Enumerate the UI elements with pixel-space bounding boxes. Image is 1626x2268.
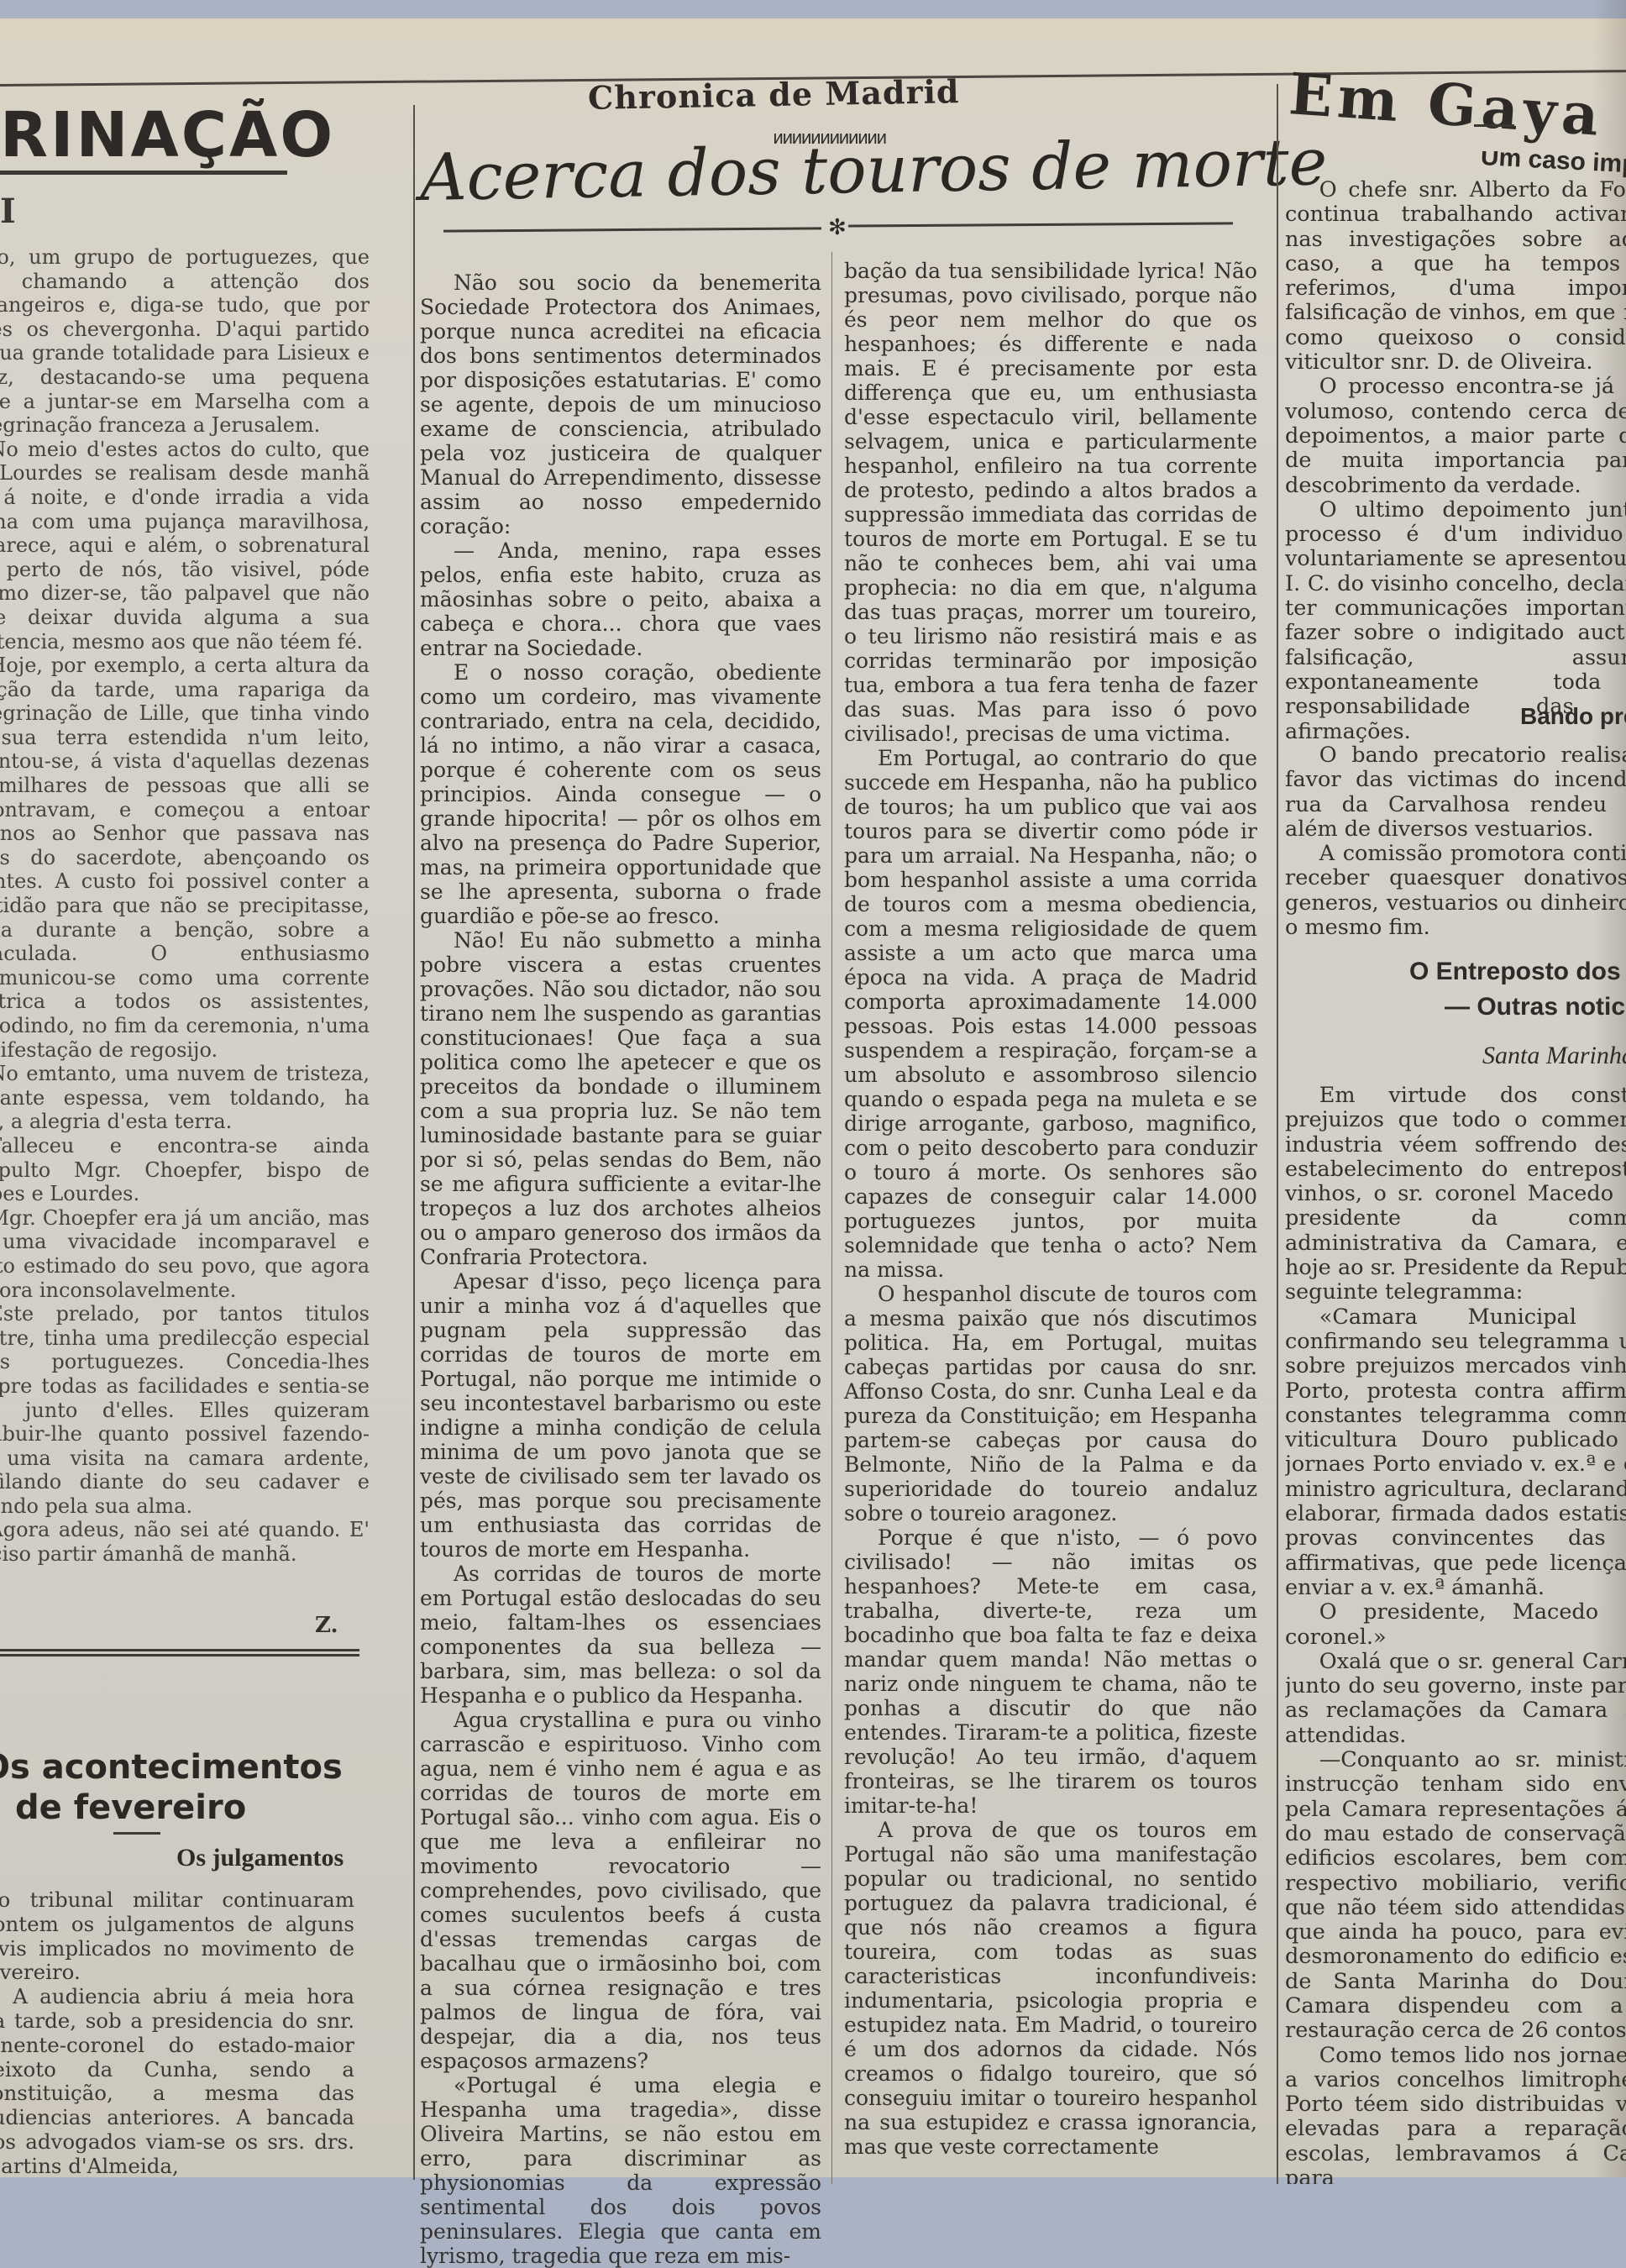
headline-line: Os acontecimentos [0, 1747, 343, 1788]
paragraph: mero, um grupo de portuguezes, que vai c… [0, 245, 370, 438]
right-section-3: Em virtude dos constantes prejuizos que … [1285, 1084, 1626, 2177]
bottom-left-headline: Os acontecimentos de fevereiro [15, 1747, 343, 1828]
paragraph: Falleceu e encontra-se ainda insepulto M… [0, 1134, 370, 1206]
bottom-left-subhead: Os julgamentos [176, 1844, 344, 1872]
paragraph: Não! Eu não submetto a minha pobre visce… [420, 928, 821, 1269]
paragraph: As corridas de touros de morte em Portug… [420, 1562, 821, 1708]
paragraph: Em virtude dos constantes prejuizos que … [1285, 1084, 1626, 1305]
paragraph: O processo encontra-se já muito volumoso… [1285, 375, 1626, 497]
paragraph: Não sou socio da benemerita Sociedade Pr… [420, 270, 821, 538]
section-numeral: I [0, 192, 16, 231]
paragraph: Agora adeus, não sei até quando. E' prec… [0, 1518, 370, 1566]
page-curl-shadow [1592, 0, 1626, 2177]
paragraph: — Anda, menino, rapa esses pelos, enfia … [420, 538, 821, 660]
center-column-b: bação da tua sensibilidade lyrica! Não p… [844, 259, 1257, 2159]
paragraph: No emtanto, uma nuvem de tristeza, basta… [0, 1062, 370, 1134]
paragraph: «Camara Municipal Gaya, confirmando seu … [1285, 1305, 1626, 1601]
paragraph: Este prelado, por tantos titulos illustr… [0, 1302, 370, 1518]
headline-line: de fevereiro [15, 1788, 343, 1828]
paragraph: O hespanhol discute de touros com a mesm… [844, 1282, 1257, 1525]
paragraph: Oxalá que o sr. general Carmona, junto d… [1285, 1650, 1626, 1748]
column-rule [413, 105, 415, 2177]
paragraph: Apesar d'isso, peço licença para unir a … [420, 1269, 821, 1562]
paragraph: A audiencia abriu á meia hora da tarde, … [0, 1985, 354, 2177]
article-title: Acerca dos touros de morte [419, 125, 1328, 216]
paragraph: Em Portugal, ao contrario do que succede… [844, 746, 1257, 1282]
paragraph: Agua crystallina e pura ou vinho carrasc… [420, 1708, 821, 2073]
paragraph: Hoje, por exemplo, a certa altura da Ben… [0, 654, 370, 1062]
left-headline: RINAÇÃO [0, 99, 335, 171]
paragraph: No tribunal militar continuaram hontem o… [0, 1888, 354, 1985]
paragraph: Mgr. Choepfer era já um ancião, mas de u… [0, 1206, 370, 1302]
bottom-left-body: No tribunal militar continuaram hontem o… [0, 1888, 354, 2177]
paragraph: No meio d'estes actos do culto, que em L… [0, 438, 370, 654]
asterisk-ornament-icon: ✻ [828, 215, 847, 240]
right-section-1: O chefe snr. Alberto da Fonseca continua… [1285, 178, 1626, 744]
paragraph: E o nosso coração, obediente como um cor… [420, 660, 821, 928]
paragraph: bação da tua sensibilidade lyrica! Não p… [844, 259, 1257, 746]
headline-underline [0, 171, 287, 175]
paragraph: O presidente, Macedo Pinto, coronel.» [1285, 1600, 1626, 1650]
section-rule [0, 1654, 359, 1656]
paragraph: Como temos lido nos jornaes que a varios… [1285, 2044, 1626, 2177]
article-signature: Z. [315, 1613, 338, 1638]
divider-dash [1474, 124, 1514, 127]
paragraph: O bando precatorio realisado a favor das… [1285, 743, 1626, 842]
column-rule [831, 252, 832, 2177]
right-section-2: O bando precatorio realisado a favor das… [1285, 743, 1626, 940]
paragraph: «Portugal é uma elegia e Hespanha uma tr… [420, 2073, 821, 2177]
paragraph: A prova de que os touros em Portugal não… [844, 1818, 1257, 2159]
left-article-body: mero, um grupo de portuguezes, que vai c… [0, 245, 370, 1567]
column-rule [1277, 84, 1278, 2177]
paragraph: —Conquanto ao sr. ministro da instrucção… [1285, 1748, 1626, 2044]
divider-dash [113, 1832, 160, 1835]
article-kicker: Chronica de Madrid [588, 72, 960, 117]
section-rule [0, 1649, 359, 1651]
center-column-a: Não sou socio da benemerita Sociedade Pr… [420, 270, 821, 2177]
paragraph: A comissão promotora continua a receber … [1285, 842, 1626, 940]
right-column: Um caso importante O chefe snr. Alberto … [1285, 151, 1626, 2177]
paragraph: Porque é que n'isto, — ó povo civilisado… [844, 1525, 1257, 1818]
paragraph: O chefe snr. Alberto da Fonseca continua… [1285, 178, 1626, 375]
